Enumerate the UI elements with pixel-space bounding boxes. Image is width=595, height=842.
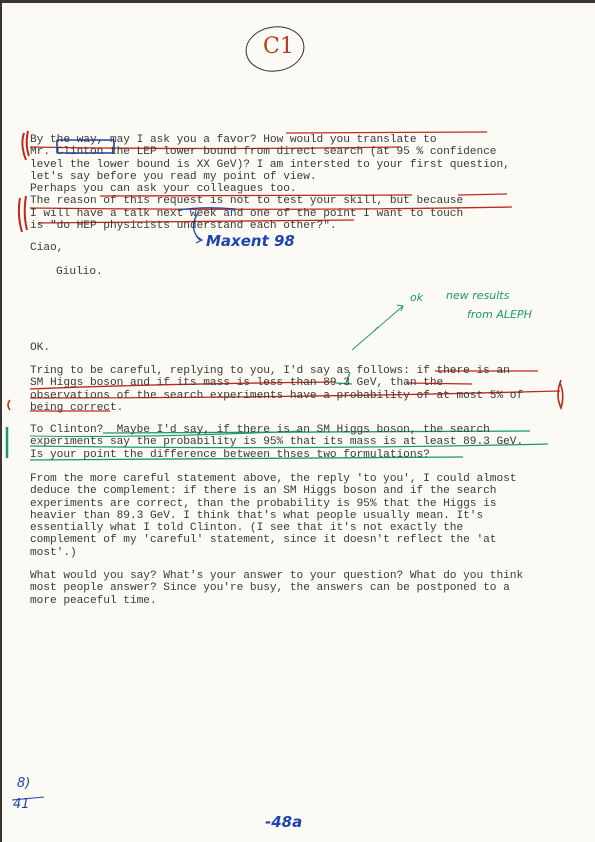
margin-note-new-results: new results (446, 289, 509, 302)
annotation-overlay (0, 0, 595, 842)
page-number: -48a (265, 813, 302, 831)
footer-note-bottom: 41 (13, 797, 30, 812)
reply-ok: OK. (30, 342, 50, 354)
footer-note-top: 8) (17, 776, 30, 791)
letter-closing: Ciao, (30, 242, 63, 254)
header-label: C1 (263, 34, 294, 59)
margin-note-ok: ok (410, 291, 423, 304)
reply-paragraph: From the more careful statement above, t… (30, 473, 516, 559)
letter-signature: Giulio. (56, 266, 103, 278)
reply-paragraph: What would you say? What's your answer t… (30, 570, 523, 607)
reply-paragraph: To Clinton? Maybe I'd say, if there is a… (30, 424, 523, 461)
letter-paragraph: By the way, may I ask you a favor? How w… (30, 134, 510, 232)
margin-note-maxent: Maxent 98 (206, 232, 295, 250)
margin-note-aleph: from ALEPH (467, 308, 532, 321)
reply-paragraph: Tring to be careful, replying to you, I'… (30, 365, 523, 414)
